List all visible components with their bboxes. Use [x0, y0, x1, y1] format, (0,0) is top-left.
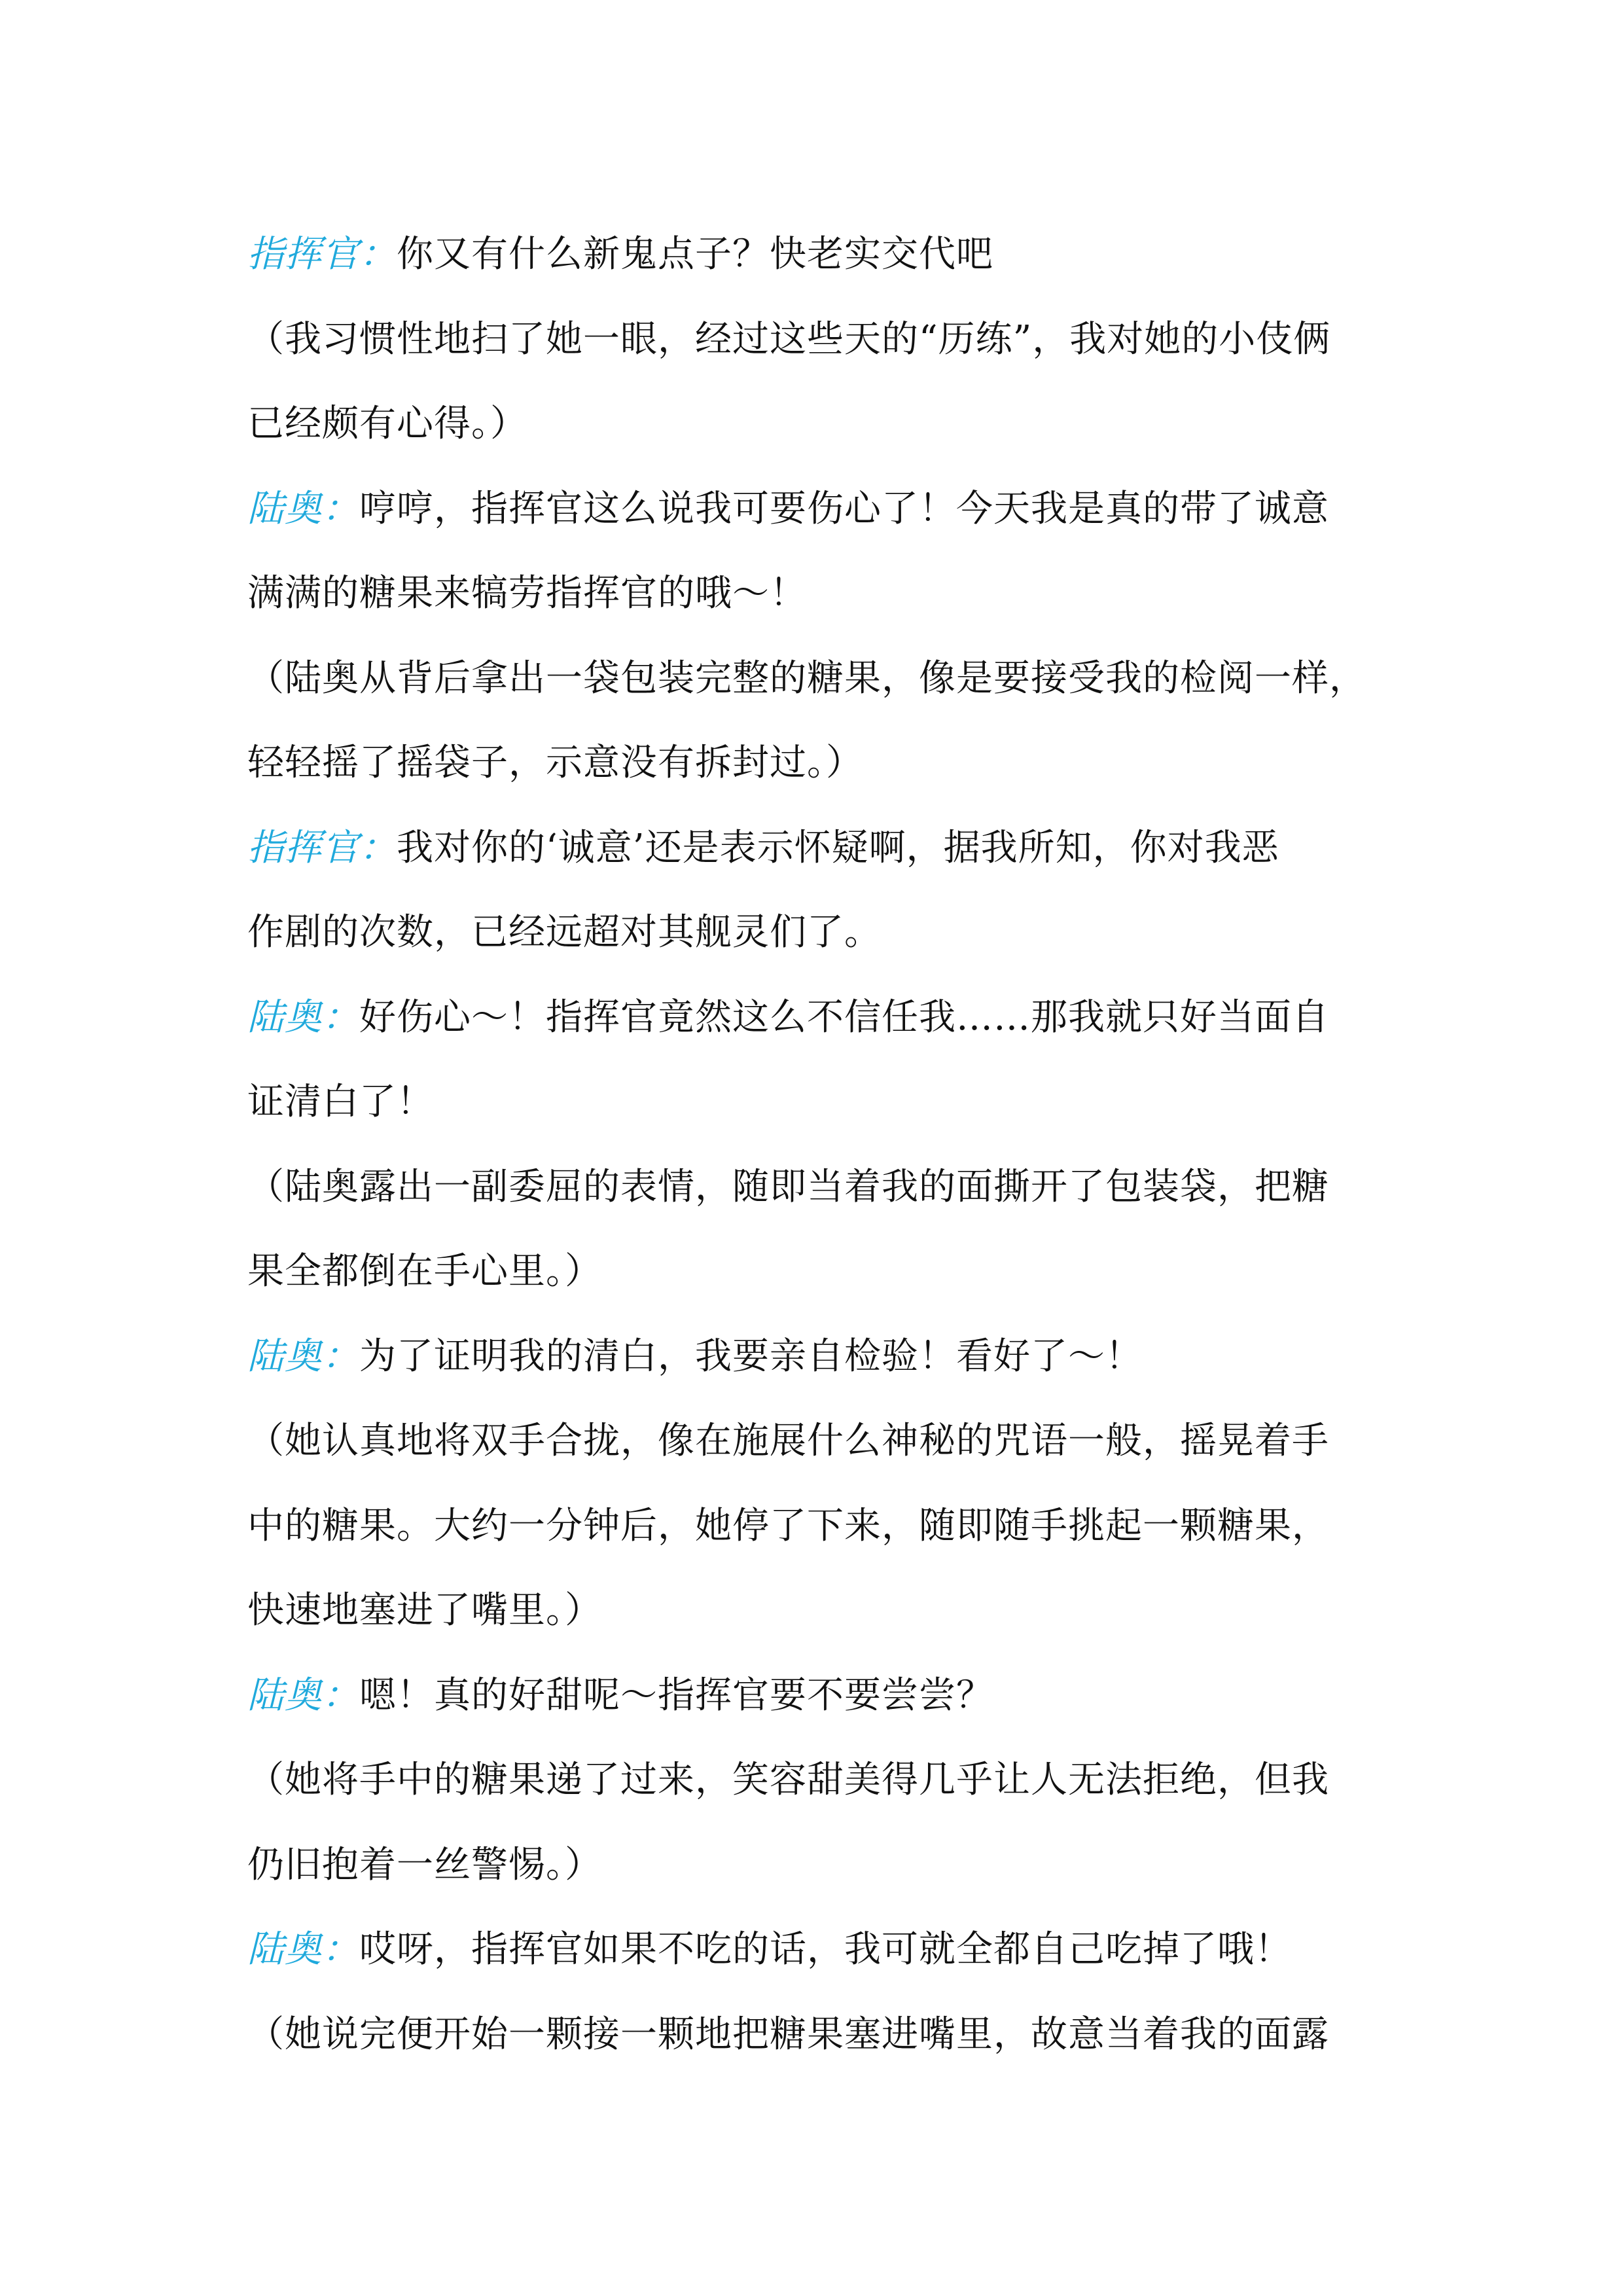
speaker-label: 陆奥： — [247, 1928, 359, 1971]
text-line: （我习惯性地扫了她一眼，经过这些天的“历练”，我对她的小伎俩 — [247, 297, 1386, 382]
narration-paragraph: （陆奥露出一副委屈的表情，随即当着我的面撕开了包装袋，把糖 果全都倒在手心里。） — [247, 1145, 1386, 1314]
dialogue-text: 哎呀，指挥官如果不吃的话，我可就全都自己吃掉了哦！ — [359, 1928, 1292, 1971]
dialogue-paragraph: 陆奥：好伤心～！指挥官竟然这么不信任我……那我就只好当面自 证清白了！ — [247, 975, 1386, 1145]
narration-paragraph: （我习惯性地扫了她一眼，经过这些天的“历练”，我对她的小伎俩 已经颇有心得。） — [247, 297, 1386, 467]
text-line: 证清白了！ — [247, 1060, 1386, 1145]
text-line: （她认真地将双手合拢，像在施展什么神秘的咒语一般，摇晃着手 — [247, 1399, 1386, 1484]
narration-paragraph: （她将手中的糖果递了过来，笑容甜美得几乎让人无法拒绝，但我 仍旧抱着一丝警惕。） — [247, 1738, 1386, 1907]
text-line: 陆奥：为了证明我的清白，我要亲自检验！看好了～！ — [247, 1314, 1386, 1399]
text-line: 陆奥：哼哼，指挥官这么说我可要伤心了！今天我是真的带了诚意 — [247, 467, 1386, 552]
text-line: 陆奥：嗯！真的好甜呢～指挥官要不要尝尝？ — [247, 1653, 1386, 1738]
speaker-label: 陆奥： — [247, 1674, 359, 1717]
dialogue-text: 我对你的‘诚意’还是表示怀疑啊，据我所知，你对我恶 — [397, 827, 1279, 869]
text-line: 仍旧抱着一丝警惕。） — [247, 1823, 1386, 1908]
dialogue-text: 好伤心～！指挥官竟然这么不信任我……那我就只好当面自 — [359, 996, 1329, 1039]
text-line: 快速地塞进了嘴里。） — [247, 1568, 1386, 1653]
speaker-label: 指挥官： — [247, 233, 397, 276]
text-line: 陆奥：哎呀，指挥官如果不吃的话，我可就全都自己吃掉了哦！ — [247, 1907, 1386, 1992]
dialogue-text: 为了证明我的清白，我要亲自检验！看好了～！ — [359, 1335, 1143, 1378]
narration-paragraph: （陆奥从背后拿出一袋包装完整的糖果，像是要接受我的检阅一样， 轻轻摇了摇袋子，示… — [247, 636, 1386, 806]
speaker-label: 陆奥： — [247, 996, 359, 1039]
document-page: 指挥官：你又有什么新鬼点子？快老实交代吧 （我习惯性地扫了她一眼，经过这些天的“… — [247, 212, 1386, 2077]
text-line: 陆奥：好伤心～！指挥官竟然这么不信任我……那我就只好当面自 — [247, 975, 1386, 1060]
dialogue-paragraph: 陆奥：嗯！真的好甜呢～指挥官要不要尝尝？ — [247, 1653, 1386, 1738]
dialogue-text: 哼哼，指挥官这么说我可要伤心了！今天我是真的带了诚意 — [359, 488, 1329, 530]
text-line: 果全都倒在手心里。） — [247, 1229, 1386, 1314]
dialogue-paragraph: 陆奥：哎呀，指挥官如果不吃的话，我可就全都自己吃掉了哦！ — [247, 1907, 1386, 1992]
dialogue-paragraph: 指挥官：你又有什么新鬼点子？快老实交代吧 — [247, 212, 1386, 297]
text-line: 中的糖果。大约一分钟后，她停了下来，随即随手挑起一颗糖果， — [247, 1484, 1386, 1569]
narration-paragraph: （她说完便开始一颗接一颗地把糖果塞进嘴里，故意当着我的面露 — [247, 1992, 1386, 2077]
narration-paragraph: （她认真地将双手合拢，像在施展什么神秘的咒语一般，摇晃着手 中的糖果。大约一分钟… — [247, 1399, 1386, 1653]
text-line: 作剧的次数，已经远超对其舰灵们了。 — [247, 890, 1386, 975]
dialogue-paragraph: 陆奥：为了证明我的清白，我要亲自检验！看好了～！ — [247, 1314, 1386, 1399]
text-line: 轻轻摇了摇袋子，示意没有拆封过。） — [247, 721, 1386, 806]
text-line: （陆奥露出一副委屈的表情，随即当着我的面撕开了包装袋，把糖 — [247, 1145, 1386, 1230]
dialogue-text: 嗯！真的好甜呢～指挥官要不要尝尝？ — [359, 1674, 993, 1717]
text-line: 指挥官：你又有什么新鬼点子？快老实交代吧 — [247, 212, 1386, 297]
speaker-label: 陆奥： — [247, 488, 359, 530]
text-line: 指挥官：我对你的‘诚意’还是表示怀疑啊，据我所知，你对我恶 — [247, 806, 1386, 891]
text-line: （陆奥从背后拿出一袋包装完整的糖果，像是要接受我的检阅一样， — [247, 636, 1386, 721]
speaker-label: 陆奥： — [247, 1335, 359, 1378]
text-line: （她将手中的糖果递了过来，笑容甜美得几乎让人无法拒绝，但我 — [247, 1738, 1386, 1823]
text-line: 已经颇有心得。） — [247, 382, 1386, 467]
speaker-label: 指挥官： — [247, 827, 397, 869]
text-line: （她说完便开始一颗接一颗地把糖果塞进嘴里，故意当着我的面露 — [247, 1992, 1386, 2077]
dialogue-text: 你又有什么新鬼点子？快老实交代吧 — [397, 233, 993, 276]
text-line: 满满的糖果来犒劳指挥官的哦～！ — [247, 551, 1386, 636]
dialogue-paragraph: 陆奥：哼哼，指挥官这么说我可要伤心了！今天我是真的带了诚意 满满的糖果来犒劳指挥… — [247, 467, 1386, 636]
dialogue-paragraph: 指挥官：我对你的‘诚意’还是表示怀疑啊，据我所知，你对我恶 作剧的次数，已经远超… — [247, 806, 1386, 975]
